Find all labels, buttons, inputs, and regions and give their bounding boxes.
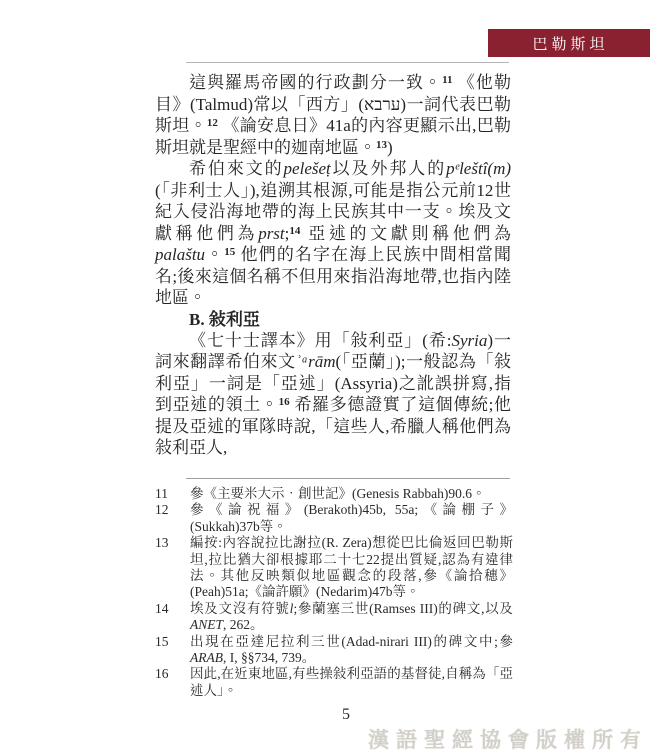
copyright-watermark: 漢語聖經協會版權所有	[368, 724, 648, 750]
footnote-text: 埃及文沒有符號l;參蘭塞三世(Ramses III)的碑文,以及ANET, 26…	[190, 601, 513, 632]
footnote-item: 11 參《主要米大示‧創世記》(Genesis Rabbah)90.6。	[155, 486, 513, 502]
paragraph-3: 《七十士譯本》用「敍利亞」(希:Syria)一詞來翻譯希伯來文ʾᵃrām(「亞蘭…	[155, 330, 511, 459]
footnote-text: 因此,在近東地區,有些操敍利亞語的基督徒,自稱為「亞述人」。	[190, 666, 513, 697]
footnote-separator	[186, 478, 510, 479]
footnote-text: 參《論祝福》(Berakoth)45b, 55a;《論棚子》(Sukkah)37…	[190, 502, 513, 533]
footnote-text: 編按:內容說拉比謝拉(R. Zera)想從巴比倫返回巴勒斯坦,拉比猶大卻根據耶二…	[190, 535, 513, 599]
footnote-text: 參《主要米大示‧創世記》(Genesis Rabbah)90.6。	[190, 486, 485, 501]
body-text-block: 這與羅馬帝國的行政劃分一致。11 《他勒目》(Talmud)常以「西方」(ערב…	[155, 72, 511, 459]
footnote-number: 12	[155, 502, 169, 518]
header-rule	[186, 62, 509, 63]
footnote-number: 15	[155, 634, 169, 650]
entry-tab-label: 巴勒斯坦	[532, 33, 608, 54]
paragraph-2: 希伯來文的pelešeṭ以及外邦人的pᵉleštî(m)(「非利士人」),追溯其…	[155, 158, 511, 309]
footnote-item: 15 出現在亞達尼拉利三世(Adad-nirari III)的碑文中;參ARAB…	[155, 634, 513, 667]
footnote-number: 14	[155, 601, 169, 617]
footnote-number: 16	[155, 666, 169, 682]
footnote-item: 14 埃及文沒有符號l;參蘭塞三世(Ramses III)的碑文,以及ANET,…	[155, 601, 513, 634]
footnote-item: 12 參《論祝福》(Berakoth)45b, 55a;《論棚子》(Sukkah…	[155, 502, 513, 535]
footnote-text: 出現在亞達尼拉利三世(Adad-nirari III)的碑文中;參ARAB, I…	[190, 634, 513, 665]
footnote-number: 11	[155, 486, 168, 502]
book-page: 巴勒斯坦 這與羅馬帝國的行政劃分一致。11 《他勒目》(Talmud)常以「西方…	[0, 0, 650, 750]
footnote-item: 16 因此,在近東地區,有些操敍利亞語的基督徒,自稱為「亞述人」。	[155, 666, 513, 699]
footnote-number: 13	[155, 535, 169, 551]
paragraph-1: 這與羅馬帝國的行政劃分一致。11 《他勒目》(Talmud)常以「西方」(ערב…	[155, 72, 511, 158]
footnote-item: 13 編按:內容說拉比謝拉(R. Zera)想從巴比倫返回巴勒斯坦,拉比猶大卻根…	[155, 535, 513, 601]
footnotes-block: 11 參《主要米大示‧創世記》(Genesis Rabbah)90.6。 12 …	[155, 486, 513, 699]
page-number: 5	[186, 706, 506, 724]
entry-tab: 巴勒斯坦	[488, 29, 650, 57]
section-heading: B. 敍利亞	[155, 309, 511, 330]
